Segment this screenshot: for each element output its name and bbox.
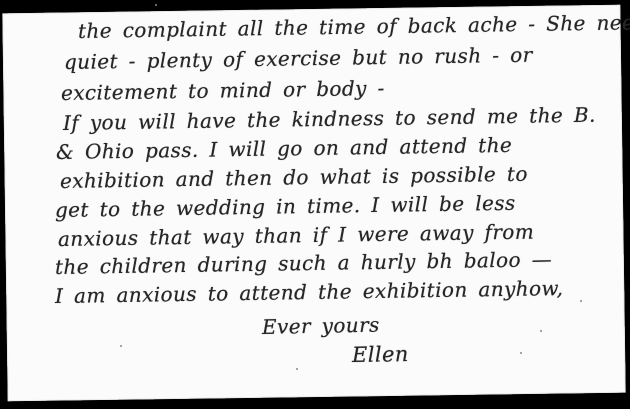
letter-signature: Ellen [352,341,409,368]
letter-closing: Ever yours [262,312,380,340]
scan-speckle [540,330,542,332]
scanned-letter-image: the complaint all the time of back ache … [0,0,630,409]
scan-speckle [155,4,157,6]
letter-line-3: excitement to mind or body - [61,75,385,106]
scan-speckle [296,368,298,370]
scan-speckle [520,352,522,354]
scan-speckle [580,300,582,302]
scan-speckle [120,345,122,347]
